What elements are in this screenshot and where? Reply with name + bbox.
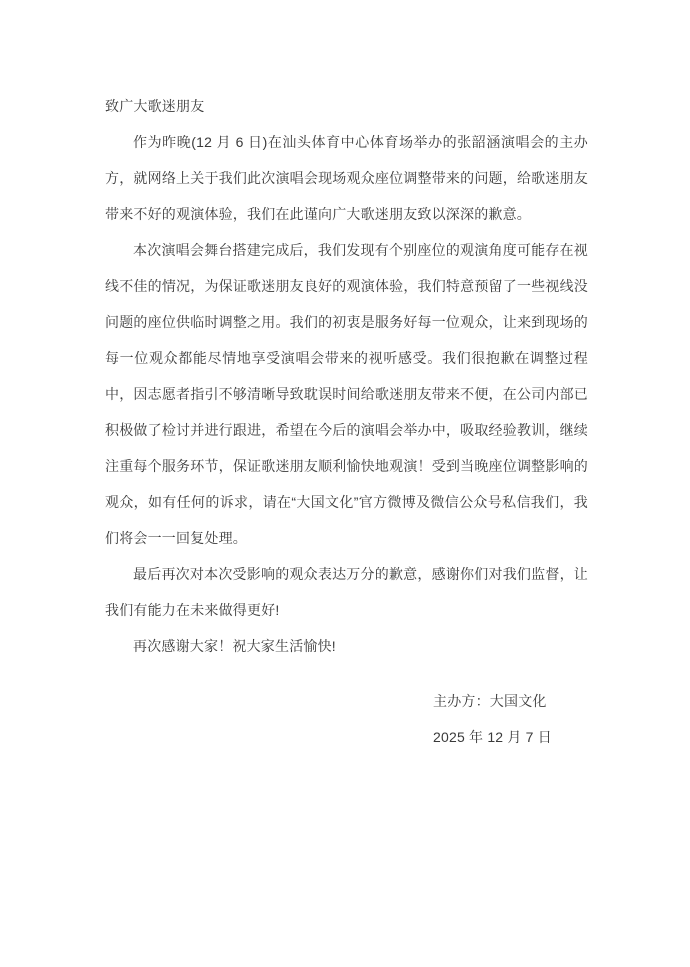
letter-page: 致广大歌迷朋友 作为昨晚(12 月 6 日)在汕头体育中心体育场举办的张韶涵演唱… — [0, 0, 690, 967]
letter-body: 致广大歌迷朋友 作为昨晚(12 月 6 日)在汕头体育中心体育场举办的张韶涵演唱… — [105, 88, 588, 755]
letter-paragraph-3: 最后再次对本次受影响的观众表达万分的歉意，感谢你们对我们监督，让我们有能力在未来… — [105, 556, 588, 628]
letter-paragraph-1: 作为昨晚(12 月 6 日)在汕头体育中心体育场举办的张韶涵演唱会的主办方，就网… — [105, 124, 588, 232]
signature-block: 主办方：大国文化 2025 年 12 月 7 日 — [433, 683, 588, 755]
signature-date: 2025 年 12 月 7 日 — [433, 719, 588, 755]
letter-title: 致广大歌迷朋友 — [105, 88, 588, 124]
signature-organizer: 主办方：大国文化 — [433, 683, 588, 719]
letter-paragraph-4: 再次感谢大家！祝大家生活愉快! — [105, 628, 588, 664]
letter-paragraph-2: 本次演唱会舞台搭建完成后，我们发现有个别座位的观演角度可能存在视线不佳的情况，为… — [105, 232, 588, 556]
